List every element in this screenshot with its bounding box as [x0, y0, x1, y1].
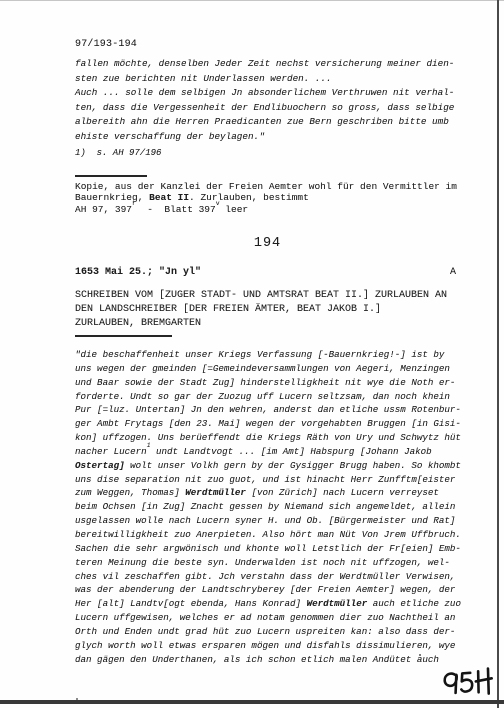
scan-edge-top [0, 0, 504, 1]
page-header-folio: 97/193-194 [75, 39, 137, 50]
text-line: SCHREIBEN VOM [ZUGER STADT- UND AMTSRAT … [75, 289, 447, 303]
text-line: ches vil zeschaffen gibt. Jch verstahn d… [75, 570, 461, 584]
text-line: ZURLAUBEN, BREMGARTEN [75, 317, 447, 331]
text-line: Pur [=luz. Untertan] Jn den wehren, ande… [75, 403, 461, 417]
text-line: uns dise separation nit zuo guot, und is… [75, 473, 461, 487]
text-line: Her [alt] Landtv[ogt ebenda, Hans Konrad… [75, 597, 461, 611]
text-line: "die beschaffenheit unser Kriegs Verfass… [75, 348, 461, 362]
scan-edge-bottom [0, 700, 504, 704]
text-line: fallen möchte, denselben Jeder Zeit nech… [75, 57, 454, 72]
text-line: glych worth woll etwas ersparen mögen un… [75, 639, 461, 653]
text-line: sten zue berichten nit Underlassen werde… [75, 72, 454, 87]
footnote-separator-rule [75, 175, 147, 177]
text-line: beim Ochsen [in Zug] Znacht gessen by Ni… [75, 500, 461, 514]
dateline-row: 1653 Mai 25.; "Jn yl" A [75, 267, 456, 278]
document-title: SCHREIBEN VOM [ZUGER STADT- UND AMTSRAT … [75, 289, 447, 331]
text-line: albereith ahn die Herren Praedicanten zu… [75, 115, 454, 130]
text-line: nacher Lucern1 undt Landtvogt ... [im Am… [75, 445, 461, 459]
scan-edge-right [497, 0, 499, 708]
text-line: uns wegen der gmeinden [=Gemeindeversamm… [75, 362, 461, 376]
scanned-document-page: 97/193-194 fallen möchte, denselben Jede… [0, 0, 504, 708]
text-line: usgelassen wolle nach Lucern syner H. un… [75, 514, 461, 528]
date-text: 1653 Mai 25.; "Jn yl" [75, 267, 201, 278]
text-line: forderte. Undt so gar der Zuozug uff Luc… [75, 390, 461, 404]
text-line: Kopie, aus der Kanzlei der Freien Aemter… [75, 181, 457, 192]
text-line: dan gägen den Underthanen, als ich schon… [75, 653, 461, 667]
title-separator-rule [75, 335, 172, 337]
text-line: kon] uffzogen. Uns berüeffendt die Krieg… [75, 431, 461, 445]
text-line: Ostertag] wolt unser Volkh gern by der G… [75, 459, 461, 473]
text-line: teren Meinung die beste syn. Underwalden… [75, 556, 461, 570]
scan-speck [76, 698, 78, 700]
text-line: ger Ambt Frytags [den 23. Mai] wegen der… [75, 417, 461, 431]
quoted-excerpt-block: fallen möchte, denselben Jeder Zeit nech… [75, 57, 454, 145]
text-line: bereitwilligkheit zuo Anerpieten. Also h… [75, 528, 461, 542]
text-line: DEN LANDSCHREIBER [DER FREIEN ÄMTER, BEA… [75, 303, 447, 317]
handwritten-archive-mark [440, 666, 496, 702]
text-line: Sachen die sehr argwönisch und khonte wo… [75, 542, 461, 556]
text-line: was der abenderung der Landtschryberey [… [75, 583, 461, 597]
text-line: Orth und Enden undt grad hüt zuo Lucern … [75, 625, 461, 639]
text-line: ten, dass die Vergessenheit der Endlibuo… [75, 101, 454, 116]
text-line: Auch ... solle dem selbigen Jn absonderl… [75, 86, 454, 101]
text-line: AH 97, 397r - Blatt 397v leer [75, 204, 457, 215]
text-line: zum Weggen, Thomas] Werdtmüller [von Zür… [75, 486, 461, 500]
text-line: Lucern uffgewisen, welches er ad notam g… [75, 611, 461, 625]
source-siglum: A [450, 267, 456, 278]
document-number-heading: 194 [75, 236, 460, 251]
provenance-note: Kopie, aus der Kanzlei der Freien Aemter… [75, 181, 457, 215]
text-line: ehiste verschaffung der beylagen." [75, 130, 454, 145]
footnote: 1) s. AH 97/196 [75, 148, 161, 158]
text-line: und Baar sowie der Stadt Zug] hinderstel… [75, 376, 461, 390]
letter-body-text: "die beschaffenheit unser Kriegs Verfass… [75, 348, 461, 666]
